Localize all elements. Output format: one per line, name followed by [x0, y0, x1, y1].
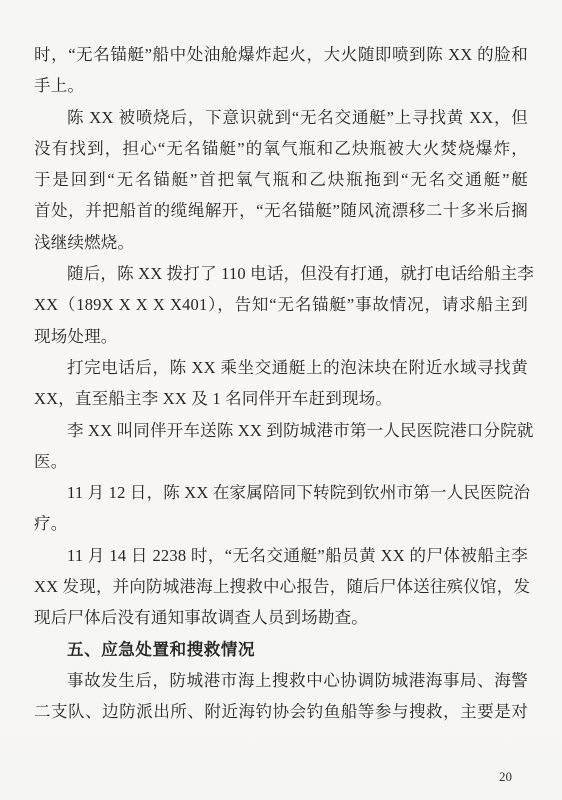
text-line: 时，“无名锚艇”船中处油舱爆炸起火，大火随即喷到陈 XX 的脸和 [34, 39, 528, 70]
text-line: 11 月 14 日 2238 时，“无名交通艇”船员黄 XX 的尸体被船主李 [34, 540, 528, 571]
text-line: 手上。 [34, 70, 528, 101]
text-line: 现场处理。 [34, 321, 528, 352]
document-body: 时，“无名锚艇”船中处油舱爆炸起火，大火随即喷到陈 XX 的脸和 手上。 陈 X… [34, 39, 528, 728]
section-heading: 五、应急处置和搜救情况 [34, 634, 528, 665]
page-number: 20 [499, 769, 512, 785]
text-line: 于是回到“无名锚艇”首把氧气瓶和乙炔瓶拖到“无名交通艇”艇 [34, 164, 528, 195]
text-line: XX，直至船主李 XX 及 1 名同伴开车赶到现场。 [34, 383, 528, 414]
text-line: 没有找到，担心“无名锚艇”的氧气瓶和乙炔瓶被大火焚烧爆炸， [34, 133, 528, 164]
text-line: 首处，并把船首的缆绳解开，“无名锚艇”随风流漂移二十多米后搁 [34, 195, 528, 226]
text-line: 陈 XX 被喷烧后，下意识就到“无名交通艇”上寻找黄 XX，但 [34, 102, 528, 133]
text-line: 二支队、边防派出所、附近海钓协会钓鱼船等参与搜救，主要是对 [34, 696, 528, 727]
text-line: 疗。 [34, 508, 528, 539]
text-line: 11 月 12 日，陈 XX 在家属陪同下转院到钦州市第一人民医院治 [34, 477, 528, 508]
text-line: 打完电话后，陈 XX 乘坐交通艇上的泡沫块在附近水域寻找黄 [34, 352, 528, 383]
text-line: XX（189X X X X X401），告知“无名锚艇”事故情况，请求船主到 [34, 289, 528, 320]
text-line: 浅继续燃烧。 [34, 227, 528, 258]
text-line: 医。 [34, 446, 528, 477]
text-line: 随后，陈 XX 拨打了 110 电话，但没有打通，就打电话给船主李 [34, 258, 528, 289]
text-line: 现后尸体后没有通知事故调查人员到场勘查。 [34, 602, 528, 633]
text-line: 事故发生后，防城港市海上搜救中心协调防城港海事局、海警 [34, 665, 528, 696]
text-line: 李 XX 叫同伴开车送陈 XX 到防城港市第一人民医院港口分院就 [34, 415, 528, 446]
text-line: XX 发现，并向防城港海上搜救中心报告，随后尸体送往殡仪馆，发 [34, 571, 528, 602]
document-page: 时，“无名锚艇”船中处油舱爆炸起火，大火随即喷到陈 XX 的脸和 手上。 陈 X… [0, 0, 562, 800]
